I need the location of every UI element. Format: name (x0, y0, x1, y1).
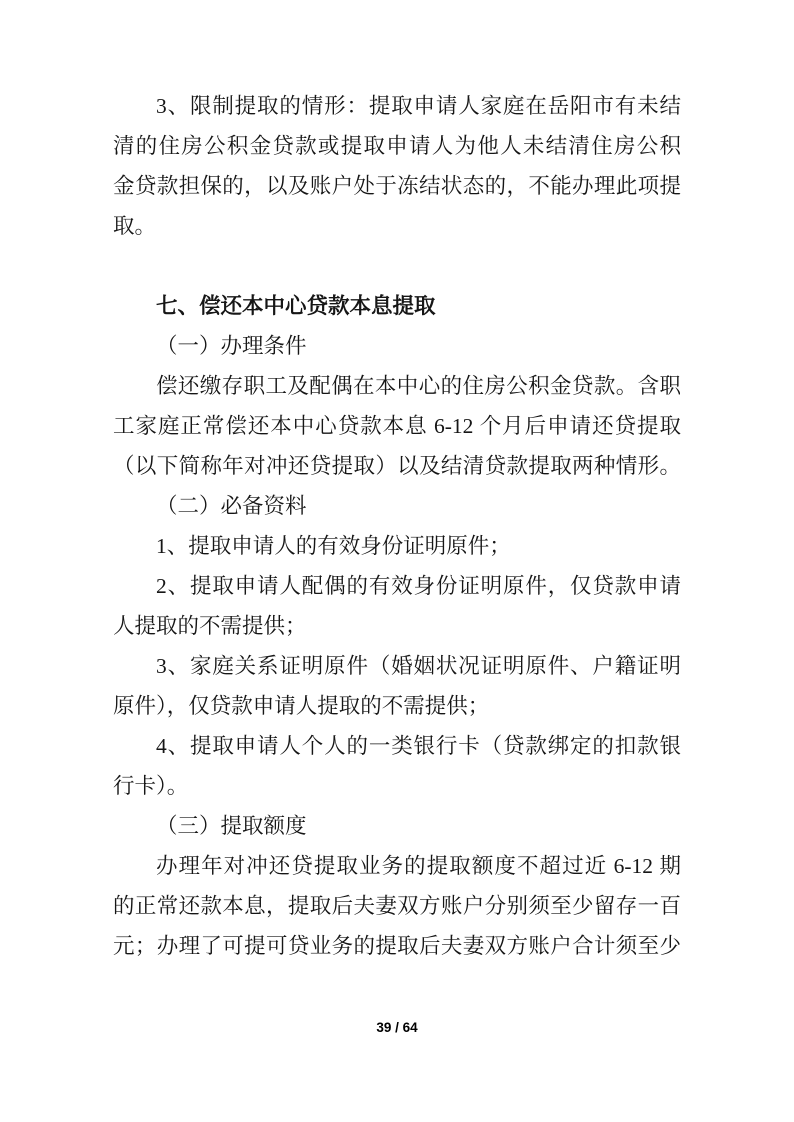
text-line: （三）提取额度 (113, 806, 681, 846)
text-line: 清的住房公积金贷款或提取申请人为他人未结清住房公积 (113, 126, 681, 166)
text-line: 1、提取申请人的有效身份证明原件； (113, 526, 681, 566)
section-heading: 七、偿还本中心贷款本息提取 (113, 286, 681, 326)
text-line: 工家庭正常偿还本中心贷款本息 6-12 个月后申请还贷提取 (113, 406, 681, 446)
text-line: （一）办理条件 (113, 326, 681, 366)
text-line: （以下简称年对冲还贷提取）以及结清贷款提取两种情形。 (113, 446, 681, 486)
text-line: 3、家庭关系证明原件（婚姻状况证明原件、户籍证明 (113, 646, 681, 686)
text-line: 人提取的不需提供； (113, 606, 681, 646)
paragraph: 1、提取申请人的有效身份证明原件； (113, 526, 681, 566)
text-line: 金贷款担保的，以及账户处于冻结状态的，不能办理此项提 (113, 166, 681, 206)
page-number: 39 / 64 (0, 1018, 794, 1038)
paragraph: （一）办理条件 (113, 326, 681, 366)
text-line: 取。 (113, 206, 681, 246)
text-line: 行卡）。 (113, 766, 681, 806)
paragraph-spacer (113, 246, 681, 286)
text-line: 的正常还款本息，提取后夫妻双方账户分别须至少留存一百 (113, 886, 681, 926)
text-line: 七、偿还本中心贷款本息提取 (113, 286, 681, 326)
text-line: 原件），仅贷款申请人提取的不需提供； (113, 686, 681, 726)
paragraph: （三）提取额度 (113, 806, 681, 846)
text-line: 3、限制提取的情形：提取申请人家庭在岳阳市有未结 (113, 86, 681, 126)
text-line: 偿还缴存职工及配偶在本中心的住房公积金贷款。含职 (113, 366, 681, 406)
paragraph: 4、提取申请人个人的一类银行卡（贷款绑定的扣款银行卡）。 (113, 726, 681, 806)
text-line: （二）必备资料 (113, 486, 681, 526)
text-line: 4、提取申请人个人的一类银行卡（贷款绑定的扣款银 (113, 726, 681, 766)
paragraph: 办理年对冲还贷提取业务的提取额度不超过近 6-12 期的正常还款本息，提取后夫妻… (113, 846, 681, 966)
document-page: 3、限制提取的情形：提取申请人家庭在岳阳市有未结清的住房公积金贷款或提取申请人为… (0, 0, 794, 1122)
paragraph: 3、家庭关系证明原件（婚姻状况证明原件、户籍证明原件），仅贷款申请人提取的不需提… (113, 646, 681, 726)
text-line: 2、提取申请人配偶的有效身份证明原件，仅贷款申请 (113, 566, 681, 606)
text-line: 办理年对冲还贷提取业务的提取额度不超过近 6-12 期 (113, 846, 681, 886)
text-line: 元；办理了可提可贷业务的提取后夫妻双方账户合计须至少 (113, 926, 681, 966)
paragraph: 2、提取申请人配偶的有效身份证明原件，仅贷款申请人提取的不需提供； (113, 566, 681, 646)
paragraph: （二）必备资料 (113, 486, 681, 526)
paragraph: 3、限制提取的情形：提取申请人家庭在岳阳市有未结清的住房公积金贷款或提取申请人为… (113, 86, 681, 246)
document-content: 3、限制提取的情形：提取申请人家庭在岳阳市有未结清的住房公积金贷款或提取申请人为… (113, 86, 681, 966)
paragraph: 偿还缴存职工及配偶在本中心的住房公积金贷款。含职工家庭正常偿还本中心贷款本息 6… (113, 366, 681, 486)
